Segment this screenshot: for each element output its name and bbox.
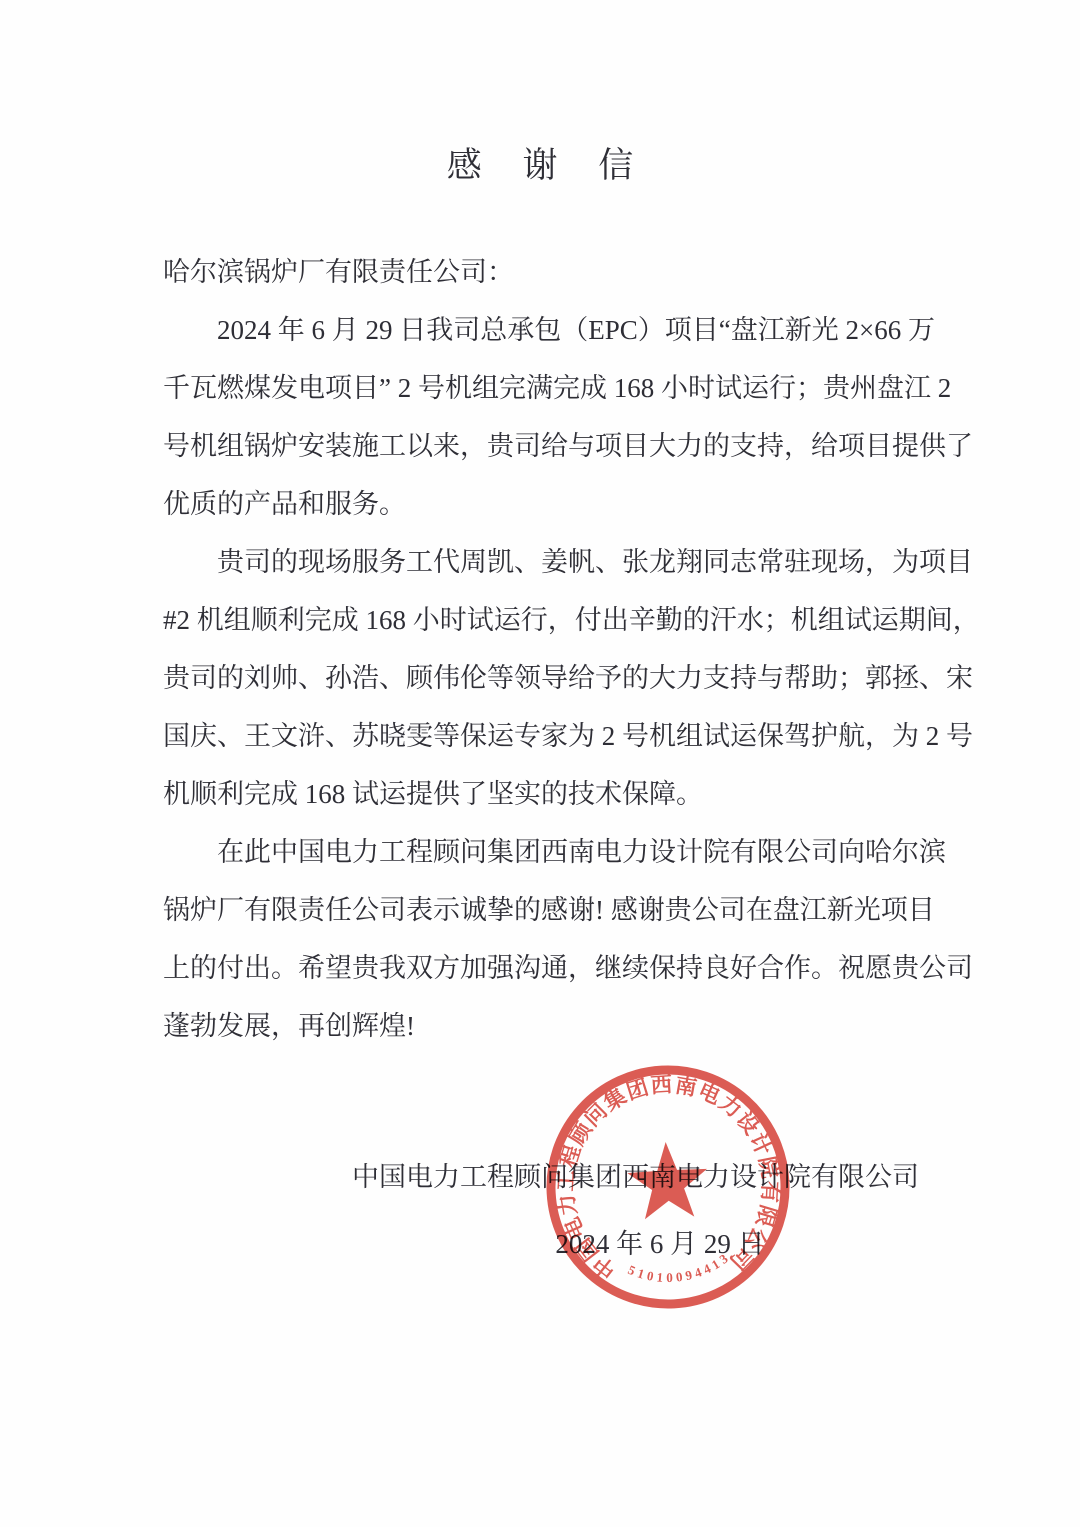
letter-page: 感 谢 信 哈尔滨锅炉厂有限责任公司： 2024 年 6 月 29 日我司总承包… (0, 0, 1080, 1527)
paragraph-2-line-4: 国庆、王文浒、苏晓雯等保运专家为 2 号机组试运保驾护航，为 2 号 (163, 707, 925, 765)
paragraph-2-line-1: 贵司的现场服务工代周凯、姜帆、张龙翔同志常驻现场，为项目 (163, 533, 925, 591)
signature-company: 中国电力工程顾问集团西南电力设计院有限公司 (0, 1148, 919, 1206)
paragraph-2-line-5: 机顺利完成 168 试运提供了坚实的技术保障。 (163, 765, 925, 823)
letter-body: 哈尔滨锅炉厂有限责任公司： 2024 年 6 月 29 日我司总承包（EPC）项… (163, 243, 925, 1055)
letter-title: 感 谢 信 (0, 138, 1080, 188)
paragraph-3-line-4: 蓬勃发展，再创辉煌! (163, 997, 925, 1055)
paragraph-2-line-3: 贵司的刘帅、孙浩、顾伟伦等领导给予的大力支持与帮助；郭拯、宋 (163, 649, 925, 707)
salutation: 哈尔滨锅炉厂有限责任公司： (163, 243, 925, 301)
paragraph-3-line-2: 锅炉厂有限责任公司表示诚挚的感谢! 感谢贵公司在盘江新光项目 (163, 881, 925, 939)
paragraph-1-line-1: 2024 年 6 月 29 日我司总承包（EPC）项目“盘江新光 2×66 万 (163, 301, 925, 359)
paragraph-3-line-1: 在此中国电力工程顾问集团西南电力设计院有限公司向哈尔滨 (163, 823, 925, 881)
paragraph-1-line-4: 优质的产品和服务。 (163, 475, 925, 533)
paragraph-2-line-2: #2 机组顺利完成 168 小时试运行，付出辛勤的汗水；机组试运期间， (163, 591, 925, 649)
paragraph-3-line-3: 上的付出。希望贵我双方加强沟通，继续保持良好合作。祝愿贵公司 (163, 939, 925, 997)
signature-date: 2024 年 6 月 29 日 (460, 1215, 860, 1273)
paragraph-1-line-3: 号机组锅炉安装施工以来，贵司给与项目大力的支持，给项目提供了 (163, 417, 925, 475)
paragraph-1-line-2: 千瓦燃煤发电项目” 2 号机组完满完成 168 小时试运行；贵州盘江 2 (163, 359, 925, 417)
